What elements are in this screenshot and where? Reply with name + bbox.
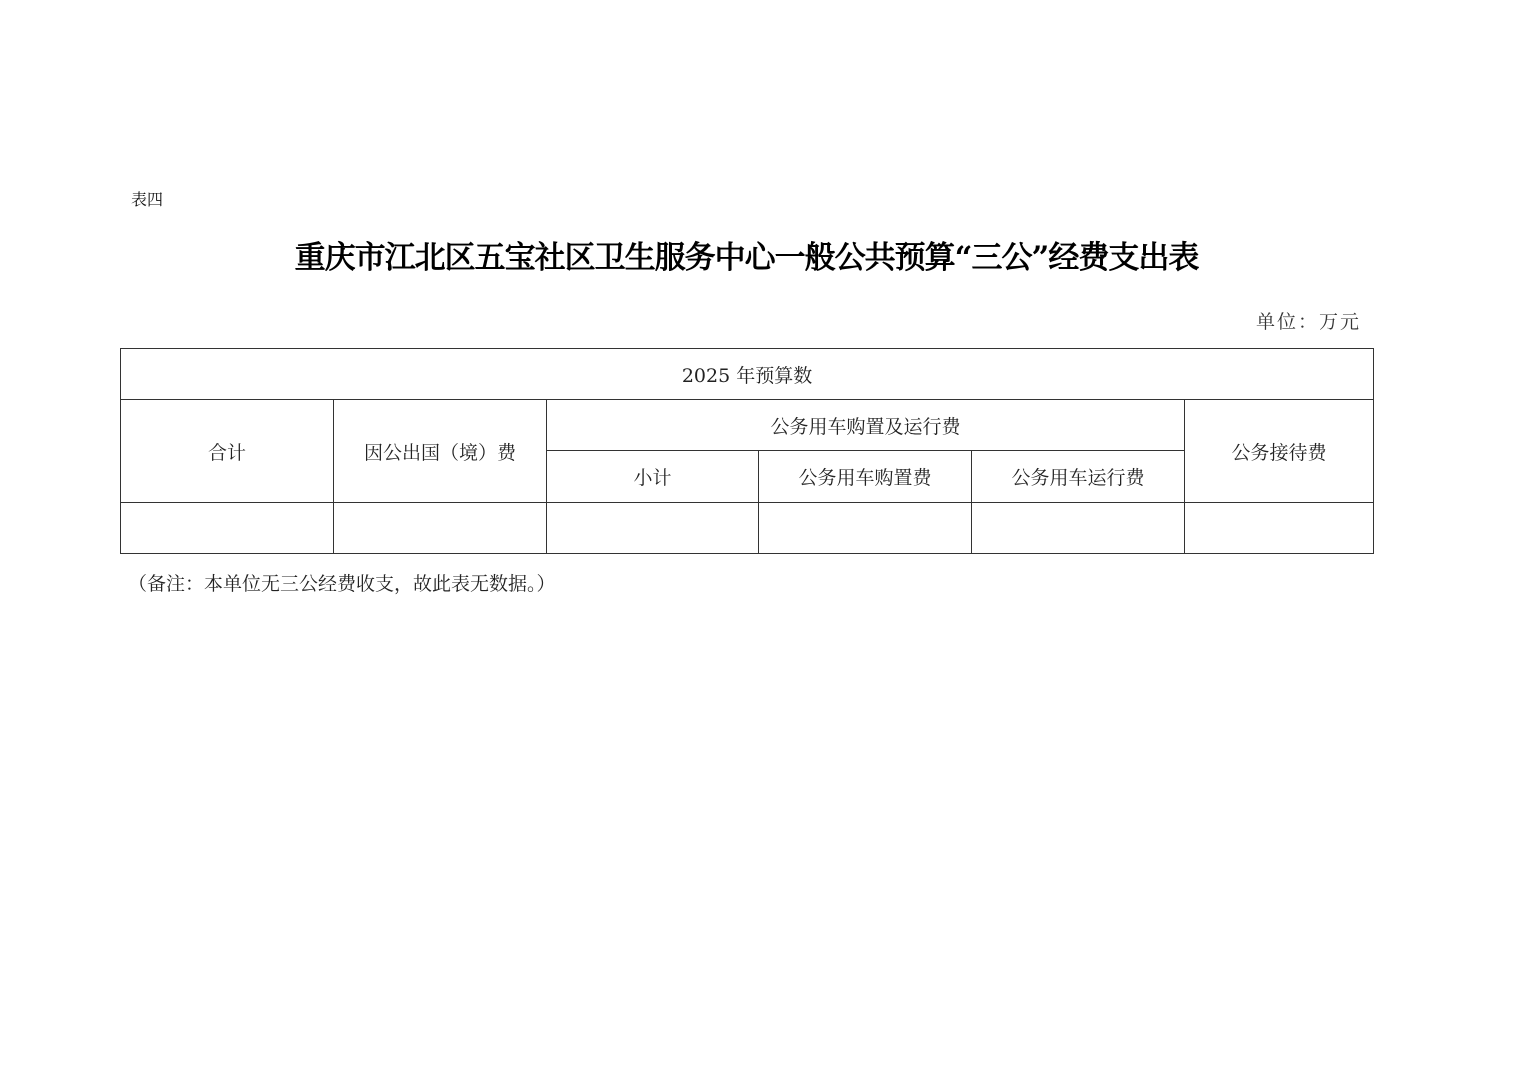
budget-table: 2025 年预算数 合计 因公出国（境）费 公务用车购置及运行费 公务接待费 小… — [120, 348, 1374, 554]
header-vehicle-group: 公务用车购置及运行费 — [547, 400, 1185, 451]
cell-vehicle-subtotal — [547, 503, 759, 554]
header-total: 合计 — [121, 400, 334, 503]
cell-reception — [1185, 503, 1374, 554]
header-vehicle-subtotal: 小计 — [547, 451, 759, 503]
document-title: 重庆市江北区五宝社区卫生服务中心一般公共预算“三公”经费支出表 — [0, 232, 1493, 277]
header-overseas: 因公出国（境）费 — [334, 400, 547, 503]
cell-vehicle-purchase — [759, 503, 972, 554]
table-label: 表四 — [131, 187, 163, 210]
cell-total — [121, 503, 334, 554]
header-vehicle-operation: 公务用车运行费 — [972, 451, 1185, 503]
footnote: （备注：本单位无三公经费收支，故此表无数据。） — [128, 569, 556, 596]
unit-label: 单位：万元 — [1256, 307, 1361, 334]
group-header-budget: 2025 年预算数 — [121, 349, 1374, 400]
table-row — [121, 503, 1374, 554]
cell-overseas — [334, 503, 547, 554]
header-reception: 公务接待费 — [1185, 400, 1374, 503]
header-vehicle-purchase: 公务用车购置费 — [759, 451, 972, 503]
cell-vehicle-operation — [972, 503, 1185, 554]
